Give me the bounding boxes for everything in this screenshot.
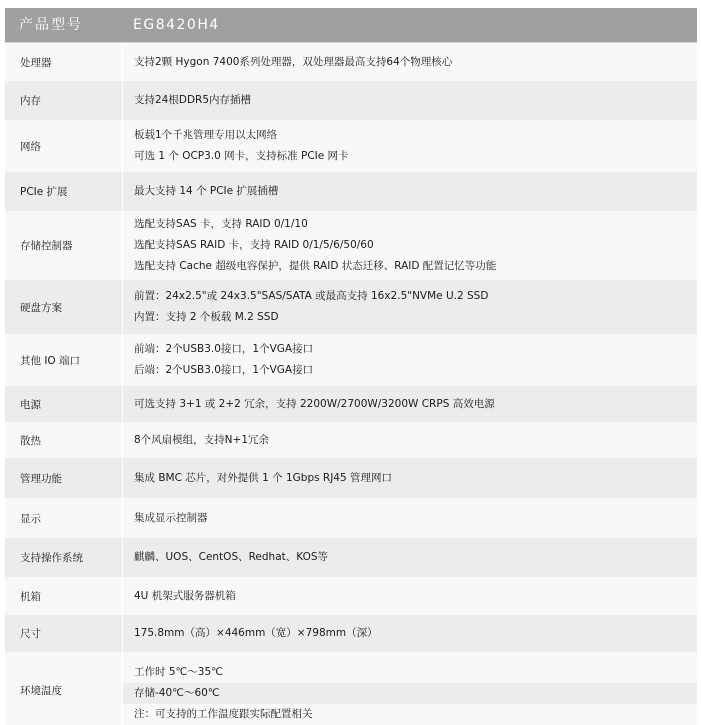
row-value: 集成 BMC 芯片，对外提供 1 个 1Gbps RJ45 管理网口	[123, 458, 697, 498]
row-value: 工作时 5℃～35℃ 存储-40℃～60℃ 注：可支持的工作温度跟实际配置相关	[123, 652, 697, 725]
value-line: 选配支持 Cache 超级电容保护，提供 RAID 状态迁移、RAID 配置记忆…	[134, 256, 697, 277]
table-row: 机箱4U 机架式服务器机箱	[5, 577, 697, 615]
value-line: 4U 机架式服务器机箱	[134, 586, 697, 607]
table-row: 散热8个风扇模组，支持N+1冗余	[5, 422, 697, 458]
row-key: 管理功能	[5, 458, 123, 498]
row-value: 选配支持SAS 卡，支持 RAID 0/1/10选配支持SAS RAID 卡，支…	[123, 211, 697, 280]
value-line: 前置：24x2.5"或 24x3.5"SAS/SATA 或最高支持 16x2.5…	[134, 286, 697, 307]
row-value: 支持24根DDR5内存插槽	[123, 81, 697, 120]
row-key: 环境温度	[5, 652, 123, 725]
row-value: 8个风扇模组，支持N+1冗余	[123, 422, 697, 458]
value-line: 8个风扇模组，支持N+1冗余	[134, 430, 697, 451]
value-line: 支持24根DDR5内存插槽	[134, 90, 697, 111]
row-value: 175.8mm（高）×446mm（宽）×798mm（深）	[123, 615, 697, 652]
table-row: 管理功能集成 BMC 芯片，对外提供 1 个 1Gbps RJ45 管理网口	[5, 458, 697, 498]
value-line: 175.8mm（高）×446mm（宽）×798mm（深）	[134, 623, 697, 644]
value-line: 选配支持SAS RAID 卡，支持 RAID 0/1/5/6/50/60	[134, 235, 697, 256]
table-row: 其他 IO 端口前端：2个USB3.0接口，1个VGA接口后端：2个USB3.0…	[5, 334, 697, 386]
row-key: 电源	[5, 386, 123, 422]
row-value: 集成显示控制器	[123, 498, 697, 538]
table-row: 显示集成显示控制器	[5, 498, 697, 538]
row-key: 其他 IO 端口	[5, 334, 123, 386]
value-line: 板载1个千兆管理专用以太网络	[134, 125, 697, 146]
value-line: 工作时 5℃～35℃	[123, 662, 697, 683]
value-line: 集成显示控制器	[134, 508, 697, 529]
row-key: 机箱	[5, 577, 123, 615]
row-key: PCIe 扩展	[5, 172, 123, 211]
table-row: 尺寸175.8mm（高）×446mm（宽）×798mm（深）	[5, 615, 697, 652]
row-value: 可选支持 3+1 或 2+2 冗余，支持 2200W/2700W/3200W C…	[123, 386, 697, 422]
row-key: 存储控制器	[5, 211, 123, 280]
table-row: 电源可选支持 3+1 或 2+2 冗余，支持 2200W/2700W/3200W…	[5, 386, 697, 422]
value-line: 选配支持SAS 卡，支持 RAID 0/1/10	[134, 214, 697, 235]
value-line: 可选支持 3+1 或 2+2 冗余，支持 2200W/2700W/3200W C…	[134, 394, 697, 415]
row-key: 显示	[5, 498, 123, 538]
value-line: 可选 1 个 OCP3.0 网卡，支持标准 PCIe 网卡	[134, 146, 697, 167]
header-key: 产品型号	[5, 8, 123, 42]
row-value: 板载1个千兆管理专用以太网络可选 1 个 OCP3.0 网卡，支持标准 PCIe…	[123, 120, 697, 172]
table-row: 内存支持24根DDR5内存插槽	[5, 81, 697, 120]
row-value: 前置：24x2.5"或 24x3.5"SAS/SATA 或最高支持 16x2.5…	[123, 280, 697, 334]
table-row: 硬盘方案前置：24x2.5"或 24x3.5"SAS/SATA 或最高支持 16…	[5, 280, 697, 334]
row-key: 散热	[5, 422, 123, 458]
table-row: 处理器支持2颗 Hygon 7400系列处理器，双处理器最高支持64个物理核心	[5, 43, 697, 81]
value-line: 集成 BMC 芯片，对外提供 1 个 1Gbps RJ45 管理网口	[134, 468, 697, 489]
table-row: PCIe 扩展最大支持 14 个 PCIe 扩展插槽	[5, 172, 697, 211]
row-value: 前端：2个USB3.0接口，1个VGA接口后端：2个USB3.0接口，1个VGA…	[123, 334, 697, 386]
row-value: 最大支持 14 个 PCIe 扩展插槽	[123, 172, 697, 211]
table-row-env-temp: 环境温度 工作时 5℃～35℃ 存储-40℃～60℃ 注：可支持的工作温度跟实际…	[5, 652, 697, 725]
table-header: 产品型号 EG8420H4	[5, 8, 697, 43]
row-key: 内存	[5, 81, 123, 120]
table-row: 存储控制器选配支持SAS 卡，支持 RAID 0/1/10选配支持SAS RAI…	[5, 211, 697, 280]
value-line: 内置：支持 2 个板载 M.2 SSD	[134, 307, 697, 328]
row-value: 支持2颗 Hygon 7400系列处理器，双处理器最高支持64个物理核心	[123, 43, 697, 81]
row-key: 网络	[5, 120, 123, 172]
value-line: 存储-40℃～60℃	[123, 683, 697, 704]
table-row: 支持操作系统麒麟、UOS、CentOS、Redhat、KOS等	[5, 538, 697, 577]
row-key: 支持操作系统	[5, 538, 123, 577]
value-line: 后端：2个USB3.0接口，1个VGA接口	[134, 360, 697, 381]
row-value: 4U 机架式服务器机箱	[123, 577, 697, 615]
header-model: EG8420H4	[123, 8, 697, 42]
row-key: 处理器	[5, 43, 123, 81]
spec-rows: 处理器支持2颗 Hygon 7400系列处理器，双处理器最高支持64个物理核心内…	[5, 43, 697, 652]
value-line: 前端：2个USB3.0接口，1个VGA接口	[134, 339, 697, 360]
value-line: 最大支持 14 个 PCIe 扩展插槽	[134, 181, 697, 202]
row-value: 麒麟、UOS、CentOS、Redhat、KOS等	[123, 538, 697, 577]
value-line: 支持2颗 Hygon 7400系列处理器，双处理器最高支持64个物理核心	[134, 52, 697, 73]
spec-table: 产品型号 EG8420H4 处理器支持2颗 Hygon 7400系列处理器，双处…	[5, 8, 697, 725]
value-line: 注：可支持的工作温度跟实际配置相关	[123, 704, 697, 725]
value-line: 麒麟、UOS、CentOS、Redhat、KOS等	[134, 547, 697, 568]
row-key: 硬盘方案	[5, 280, 123, 334]
row-key: 尺寸	[5, 615, 123, 652]
table-row: 网络板载1个千兆管理专用以太网络可选 1 个 OCP3.0 网卡，支持标准 PC…	[5, 120, 697, 172]
